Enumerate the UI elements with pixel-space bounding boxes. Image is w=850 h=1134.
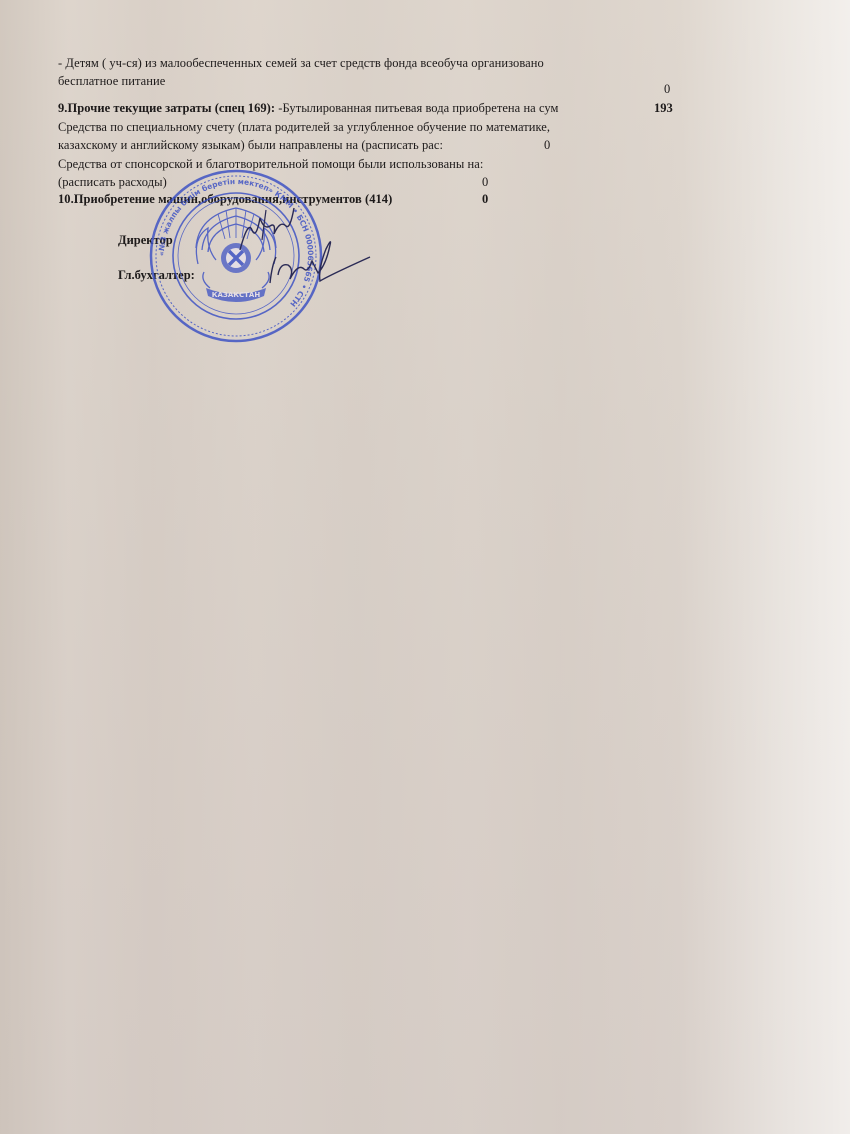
text-line-free-meals-cont: бесплатное питание [58,74,165,88]
line-text: казахскому и английскому языкам) были на… [58,138,443,152]
line-text: -Бутылированная питьевая вода приобретен… [275,101,558,115]
text-line-other-expenses: 9.Прочие текущие затраты (спец 169): -Бу… [58,101,558,115]
text-line-free-meals: - Детям ( уч-ся) из малообеспеченных сем… [58,56,544,70]
line-text: бесплатное питание [58,74,165,88]
section-heading-9: 9.Прочие текущие затраты (спец 169): [58,101,275,115]
line-text: - Детям ( уч-ся) из малообеспеченных сем… [58,56,544,70]
line-text: Средства по специальному счету (плата ро… [58,120,550,134]
amount-free-meals: 0 [664,82,670,96]
amount-special-account: 0 [544,138,550,152]
official-seal-stamp-icon: «№3 жалпы білім беретін мектеп» КММ • БС… [148,168,324,344]
amount-bottled-water: 193 [654,101,673,115]
stamp-ring-text: «№3 жалпы білім беретін мектеп» КММ • БС… [157,177,315,308]
scanned-document-page: - Детям ( уч-ся) из малообеспеченных сем… [0,0,850,1134]
stamp-country-text: КАЗАКСТАН [212,291,261,299]
text-line-special-account: Средства по специальному счету (плата ро… [58,120,550,134]
amount-sponsorship: 0 [482,175,488,189]
text-line-special-account-cont: казахскому и английскому языкам) были на… [58,138,443,152]
amount-equipment: 0 [482,192,488,206]
